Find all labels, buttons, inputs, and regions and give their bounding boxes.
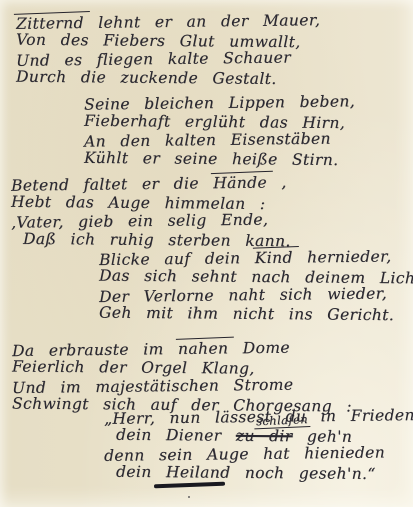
poem-line: dein Heiland noch geseh'n.“	[104, 462, 413, 483]
overlined-word: nahen	[178, 339, 229, 358]
stanza-4: Blicke auf dein Kind hernieder, Das sich…	[99, 249, 413, 323]
poem-line: Daß ich ruhig sterben kann.	[11, 229, 291, 250]
stanza-6: „Herr, nun lässest du in Frieden dein Di…	[104, 408, 413, 482]
poem-line: ‚Vater, gieb ein selig Ende,	[11, 210, 291, 232]
correction-site: zu dirschlafen	[236, 426, 293, 444]
poem-line: Und es fliegen kalte Schauer	[16, 48, 320, 70]
poem-line: Betend faltet er die Hände ,	[11, 173, 291, 195]
manuscript-page: Zitternd lehnt er an der Mauer, Von des …	[0, 0, 413, 507]
poem-line: Geh mit ihm nicht ins Gericht.	[99, 303, 413, 324]
poem-line-text: Betend faltet er die	[11, 174, 213, 194]
overlined-word: Kind	[255, 249, 293, 267]
stanza-2: Seine bleichen Lippen beben, Fieberhaft …	[84, 94, 355, 168]
overlined-word: Hände	[213, 174, 267, 193]
stanza-1: Zitternd lehnt er an der Mauer, Von des …	[16, 13, 320, 87]
poem-line: Kühlt er seine heiße Stirn.	[84, 148, 355, 169]
poem-line-text: Dome	[228, 339, 290, 358]
poem-line: Zitternd lehnt er an der Mauer,	[16, 11, 320, 33]
stanza-5: Da erbrauste im nahen Dome Feierlich der…	[12, 340, 352, 414]
poem-line-text: dein Diener	[116, 425, 236, 444]
poem-line: denn sein Auge hat hienieden	[104, 443, 413, 465]
poem-line: Durch die zuckende Gestalt.	[16, 67, 320, 88]
poem-line-text: geh'n	[293, 427, 353, 446]
inserted-word-above-line: schlafen	[254, 413, 310, 428]
poem-line-text: lehnt er an der Mauer,	[84, 11, 321, 32]
ink-speck	[188, 496, 190, 498]
stanza-3: Betend faltet er die Hände , Hebt das Au…	[11, 175, 291, 249]
poem-line-text: ,	[267, 173, 287, 191]
crossed-out-word: zu dir	[236, 426, 293, 444]
poem-line: Seine bleichen Lippen beben,	[84, 92, 355, 114]
end-flourish-line	[154, 482, 225, 488]
poem-line: An den kalten Eisenstäben	[84, 129, 355, 151]
poem-line-text: hernieder,	[293, 247, 392, 266]
